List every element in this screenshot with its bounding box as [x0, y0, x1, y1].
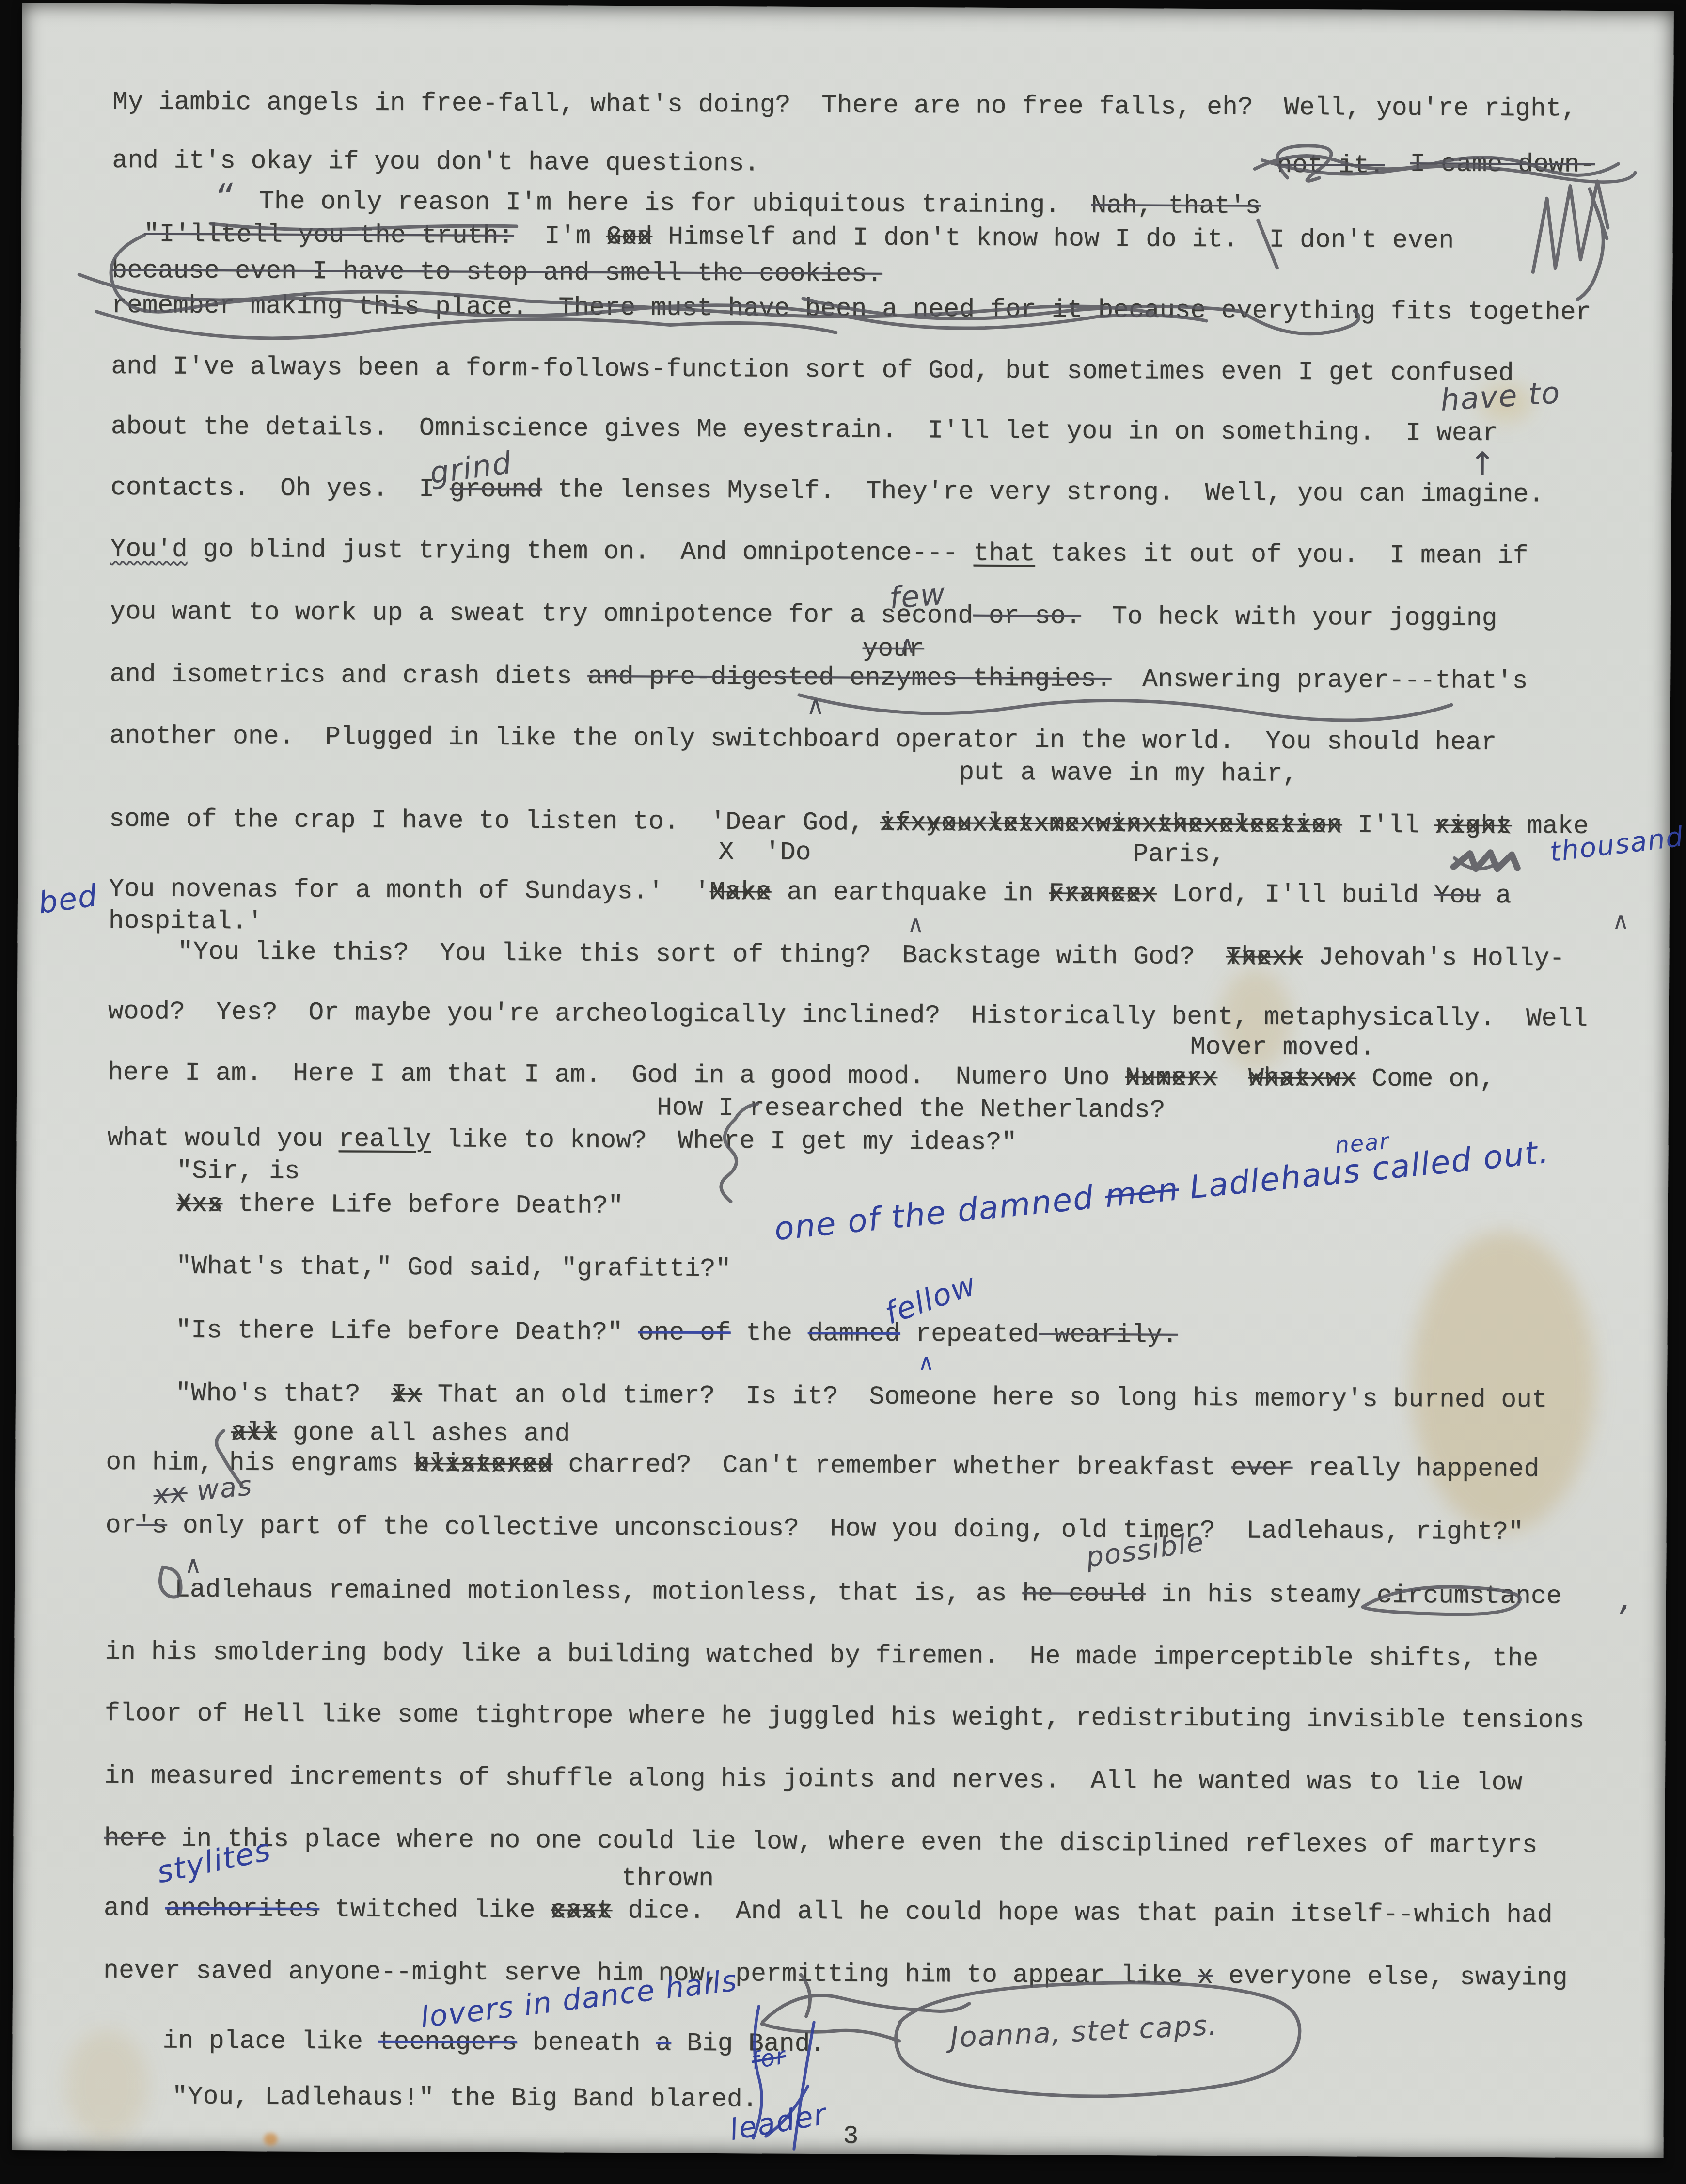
text-segment: he could: [1022, 1579, 1146, 1609]
text-segment: one of: [638, 1318, 731, 1347]
text-segment: thrown: [621, 1864, 714, 1893]
text-segment: beneath: [517, 2028, 656, 2057]
stain-speck: [264, 2133, 277, 2145]
text-segment: the: [730, 1318, 807, 1348]
typed-line: How I researched the Netherlands?: [657, 1093, 1166, 1124]
typed-line: Paris,: [1133, 839, 1225, 869]
typed-line: I came down-: [1410, 149, 1595, 179]
text-segment: about the details. Omniscience gives Me …: [111, 412, 1498, 448]
hand-segment: ∧: [1612, 907, 1630, 934]
text-segment: I'm: [514, 222, 606, 251]
typed-line: wood? Yes? Or maybe you're archeological…: [108, 997, 1588, 1033]
text-segment: "You, Ladlehaus!" the Big Band blared.: [172, 2082, 758, 2114]
text-segment: You'd: [110, 535, 187, 564]
text-segment: God: [606, 222, 653, 251]
hand-segment: ↑: [1469, 445, 1497, 483]
hand-segment: for: [749, 2042, 788, 2074]
text-segment: Paris,: [1133, 839, 1225, 869]
typed-line: "Sir, is: [176, 1156, 300, 1186]
handwritten-note: ∧: [898, 632, 916, 659]
typed-line: another one. Plugged in like the only sw…: [109, 721, 1497, 757]
text-segment: in his smoldering body like a building w…: [105, 1637, 1538, 1673]
text-segment: "Who's that?: [175, 1379, 392, 1409]
text-segment: some of the crap I have to listen to. 'D…: [109, 805, 880, 838]
text-segment: and I've always been a form-follows-func…: [111, 352, 1514, 388]
text-segment: blistered: [414, 1449, 553, 1479]
hand-segment: ∧: [806, 691, 826, 720]
text-segment: put a wave in my hair,: [959, 758, 1298, 788]
typed-line: "I'lltell you the truth: I'm God Himself…: [144, 220, 1454, 255]
handwritten-note: ,: [1620, 1575, 1633, 1618]
hand-segment: bed: [36, 878, 100, 921]
text-segment: what would you: [107, 1124, 338, 1154]
typed-line: you want to work up a sweat try omnipote…: [110, 597, 1497, 633]
text-segment: gone all ashes and: [277, 1418, 570, 1449]
typed-line: and I've always been a form-follows-func…: [111, 352, 1514, 388]
text-segment: Ix: [391, 1380, 422, 1409]
typed-line: You novenas for a month of Sundays.' 'Ma…: [109, 874, 1512, 910]
manuscript-text-layer: My iambic angels in free-fall, what's do…: [22, 3, 1674, 11]
text-segment: Come on,: [1356, 1064, 1495, 1093]
typed-line: Xxs there Life before Death?": [176, 1189, 624, 1221]
text-segment: that: [973, 539, 1035, 569]
typed-line: contacts. Oh yes. I ground the lenses My…: [110, 473, 1544, 509]
text-segment: wood? Yes? Or maybe you're archeological…: [108, 997, 1588, 1033]
hand-segment: ∧: [918, 1349, 935, 1375]
text-segment: there Life before Death?": [222, 1189, 623, 1220]
text-segment: everyone else, swaying: [1213, 1962, 1568, 1993]
manuscript-page: My iambic angels in free-fall, what's do…: [12, 3, 1674, 2158]
text-segment: because even I have to stop and smell th…: [111, 256, 882, 289]
text-segment: another one. Plugged in like the only sw…: [109, 721, 1497, 757]
text-segment: Answering prayer---that's: [1111, 665, 1528, 696]
text-segment: "I'lltell you the truth:: [144, 220, 514, 251]
connector-squiggle: [763, 1995, 969, 2023]
hand-segment: have to: [1439, 375, 1561, 418]
typed-line: about the details. Omniscience gives Me …: [111, 412, 1498, 448]
text-segment: hospital.': [109, 906, 263, 936]
text-segment: That an old timer? Is it? Someone here s…: [422, 1380, 1547, 1414]
typed-line: floor of Hell like some tightrope where …: [105, 1699, 1585, 1735]
typed-line: and isometrics and crash diets and pre-d…: [110, 660, 1528, 696]
typed-line: and it's okay if you don't have question…: [112, 146, 759, 178]
text-segment: or: [106, 1511, 137, 1540]
typed-line: in measured increments of shuffle along …: [104, 1761, 1522, 1797]
typed-line: and anchorites twitched like cast dice. …: [104, 1894, 1553, 1930]
text-segment: 3: [843, 2121, 858, 2151]
text-segment: floor of Hell like some tightrope where …: [105, 1699, 1585, 1735]
text-segment: in measured increments of shuffle along …: [104, 1761, 1522, 1797]
text-segment: Himself and I don't know how I do it. I …: [652, 222, 1454, 255]
typed-line: some of the crap I have to listen to. 'D…: [109, 805, 1589, 841]
hand-segment: “: [212, 175, 236, 221]
typed-line: Ladlehaus remained motionless, motionles…: [174, 1575, 1562, 1611]
slash-mark: [1590, 189, 1607, 238]
typed-line: on him, his engrams blistered charred? C…: [106, 1448, 1539, 1484]
text-segment: in his steamy circumstance: [1146, 1580, 1562, 1611]
margin-scrawl: [1533, 181, 1608, 272]
text-segment: teenagers: [378, 2027, 518, 2057]
text-segment: in this place where no one could lie low…: [166, 1824, 1538, 1860]
text-segment: damned: [807, 1319, 900, 1348]
text-segment: You: [1434, 881, 1481, 910]
hand-segment: Joanna, stet caps.: [949, 2009, 1218, 2054]
text-segment: and it's okay if you don't have question…: [112, 146, 759, 178]
text-segment: or so.: [973, 601, 1081, 631]
scanned-manuscript-screenshot: { "page": { "number": "3", "kind": "type…: [0, 0, 1686, 2184]
typed-line: remember making this place. There must h…: [111, 291, 1591, 327]
text-segment: right: [1434, 811, 1512, 840]
text-segment: "You like this? You like this sort of th…: [177, 937, 1226, 972]
scribble-blob: [1453, 852, 1517, 869]
handwritten-note: ∧: [1612, 907, 1630, 934]
hand-segment: men: [1103, 1170, 1181, 1215]
stain-blob: [65, 2029, 148, 2141]
typed-line: hospital.': [109, 906, 263, 936]
text-segment: "What's that," God said, "grafitti?": [176, 1252, 731, 1284]
text-segment: all: [231, 1418, 277, 1447]
text-segment: Numerx: [1125, 1063, 1217, 1092]
typed-line: what would you really like to know? Wher…: [107, 1124, 1017, 1157]
typed-line: all gone all ashes and: [231, 1418, 570, 1448]
text-segment: and isometrics and crash diets: [110, 660, 587, 691]
text-segment: twitched like: [319, 1895, 551, 1925]
text-segment: here: [104, 1824, 166, 1853]
text-segment: a: [1481, 881, 1512, 910]
typed-line: "What's that," God said, "grafitti?": [176, 1252, 731, 1284]
text-segment: I came down-: [1410, 149, 1595, 179]
text-segment: ever: [1231, 1453, 1293, 1483]
handwritten-note: have to: [1439, 375, 1561, 418]
typed-line: X 'Do: [718, 838, 811, 867]
text-segment: a: [656, 2028, 671, 2057]
text-segment: Whatxwx: [1248, 1063, 1356, 1093]
typed-line: here in this place where no one could li…: [104, 1824, 1537, 1860]
hand-segment: ∧: [907, 911, 925, 938]
handwritten-note: few: [888, 576, 947, 616]
hand-segment: ,: [1620, 1575, 1633, 1618]
typed-line: because even I have to stop and smell th…: [111, 256, 882, 289]
text-segment: "Is there Life before Death?": [175, 1316, 638, 1347]
text-segment: an earthquake in: [772, 878, 1049, 908]
hand-segment: few: [888, 576, 947, 616]
hand-segment: was: [186, 1470, 254, 1508]
text-segment: anchorites: [165, 1894, 319, 1924]
text-segment: Xxs: [176, 1189, 223, 1219]
hand-segment: one of the damned: [772, 1177, 1107, 1248]
text-segment: Nah, that's: [1091, 191, 1261, 221]
handwritten-note: ∧: [907, 911, 925, 938]
text-segment: Ladlehaus remained motionless, motionles…: [174, 1575, 1023, 1609]
hand-segment: ∧: [184, 1551, 203, 1579]
text-segment: "Sir, is: [176, 1156, 300, 1186]
typed-line: in place like teenagers beneath a Big Ba…: [162, 2026, 825, 2058]
text-segment: go blind just trying them on. And omnipo…: [187, 535, 973, 568]
text-segment: remember making this place. There must h…: [111, 291, 1591, 327]
handwritten-note: ∧: [806, 691, 826, 720]
typed-line: My iambic angels in free-fall, what's do…: [112, 87, 1577, 124]
typed-line: The only reason I'm here is for ubiquito…: [259, 187, 1261, 221]
hand-segment: xx: [152, 1476, 189, 1511]
text-segment: The only reason I'm here is for ubiquito…: [259, 187, 1091, 220]
page-number: 3: [843, 2121, 858, 2151]
stain-blob: [1411, 1231, 1596, 1533]
text-segment: Lord, I'll build: [1157, 879, 1434, 910]
typed-line: put a wave in my hair,: [959, 758, 1298, 788]
typed-line: "Is there Life before Death?" one of the…: [175, 1316, 1178, 1350]
typed-line: "Who's that? Ix That an old timer? Is it…: [175, 1379, 1547, 1415]
text-segment: here I am. Here I am that I am. God in a…: [108, 1058, 1125, 1092]
scribble-blob: [1454, 858, 1497, 869]
text-segment: X 'Do: [718, 838, 811, 867]
text-segment: cast: [551, 1896, 613, 1925]
text-segment: Jehovah's Holly-: [1303, 943, 1565, 973]
handwritten-note: for: [749, 2042, 788, 2074]
text-segment: How I researched the Netherlands?: [657, 1093, 1166, 1124]
text-segment: contacts. Oh yes. I: [110, 473, 450, 504]
text-segment: You novenas for a month of Sundays.' ': [109, 874, 710, 906]
text-segment: I'll: [1342, 810, 1434, 840]
typed-line: Mover moved.: [1190, 1032, 1375, 1062]
text-segment: the lenses Myself. They're very strong. …: [542, 475, 1544, 509]
typed-line: or's only part of the collective unconsc…: [106, 1511, 1524, 1547]
text-segment: My iambic angels in free-fall, what's do…: [112, 87, 1577, 124]
typed-line: thrown: [621, 1864, 714, 1893]
text-segment: and: [104, 1894, 166, 1923]
text-segment: in place like: [162, 2026, 378, 2056]
handwritten-note: ∧: [918, 1349, 935, 1375]
text-segment: charred? Can't remember whether breakfas…: [552, 1450, 1231, 1482]
handwritten-note: ∧: [184, 1551, 203, 1579]
hand-segment: ∧: [898, 632, 916, 659]
text-segment: Big Band.: [671, 2029, 825, 2059]
margin-scrawl: [1577, 206, 1604, 300]
typed-line: here I am. Here I am that I am. God in a…: [108, 1058, 1495, 1094]
handwritten-note: Joanna, stet caps.: [949, 2009, 1218, 2054]
text-segment: To heck with your jogging: [1081, 602, 1497, 633]
text-segment: ifxyouxletxmexwinxthexelection: [880, 808, 1342, 840]
text-segment: Mover moved.: [1190, 1032, 1375, 1062]
typed-line: not it.: [1276, 151, 1385, 180]
handwritten-note: ↑: [1469, 445, 1497, 483]
text-segment: you want to work up a sweat try omnipote…: [110, 597, 973, 631]
scribble-wave: [799, 695, 1451, 721]
text-segment: not it.: [1276, 151, 1385, 180]
text-segment: like to know? Where I get my ideas?": [431, 1125, 1017, 1157]
text-segment: takes it out of you. I mean if: [1035, 539, 1528, 570]
text-segment: really: [338, 1124, 431, 1154]
text-segment: 's: [136, 1511, 167, 1540]
typed-line: in his smoldering body like a building w…: [105, 1637, 1538, 1673]
text-segment: Francex: [1049, 879, 1157, 908]
typed-line: "You like this? You like this sort of th…: [177, 937, 1565, 973]
text-segment: [1217, 1063, 1248, 1092]
typed-line: You'd go blind just trying them on. And …: [110, 535, 1528, 570]
typed-line: "You, Ladlehaus!" the Big Band blared.: [172, 2082, 758, 2114]
text-segment: dice. And all he could hope was that pai…: [612, 1896, 1552, 1930]
text-segment: only part of the collective unconscious?…: [167, 1511, 1524, 1547]
text-segment: on him, his engrams: [106, 1448, 414, 1478]
text-segment: repeated: [900, 1319, 1039, 1349]
text-segment: Thexk: [1226, 942, 1303, 972]
text-segment: wearily.: [1039, 1320, 1178, 1349]
handwritten-note: bed: [36, 878, 100, 921]
handwritten-note: “: [212, 175, 236, 221]
text-segment: x: [1198, 1962, 1213, 1991]
text-segment: really happened: [1292, 1454, 1539, 1484]
typed-line: never saved anyone--might serve him now,…: [103, 1956, 1568, 1993]
text-segment: and pre-digested enzymes thingies.: [587, 662, 1112, 694]
text-segment: Make: [709, 877, 772, 907]
